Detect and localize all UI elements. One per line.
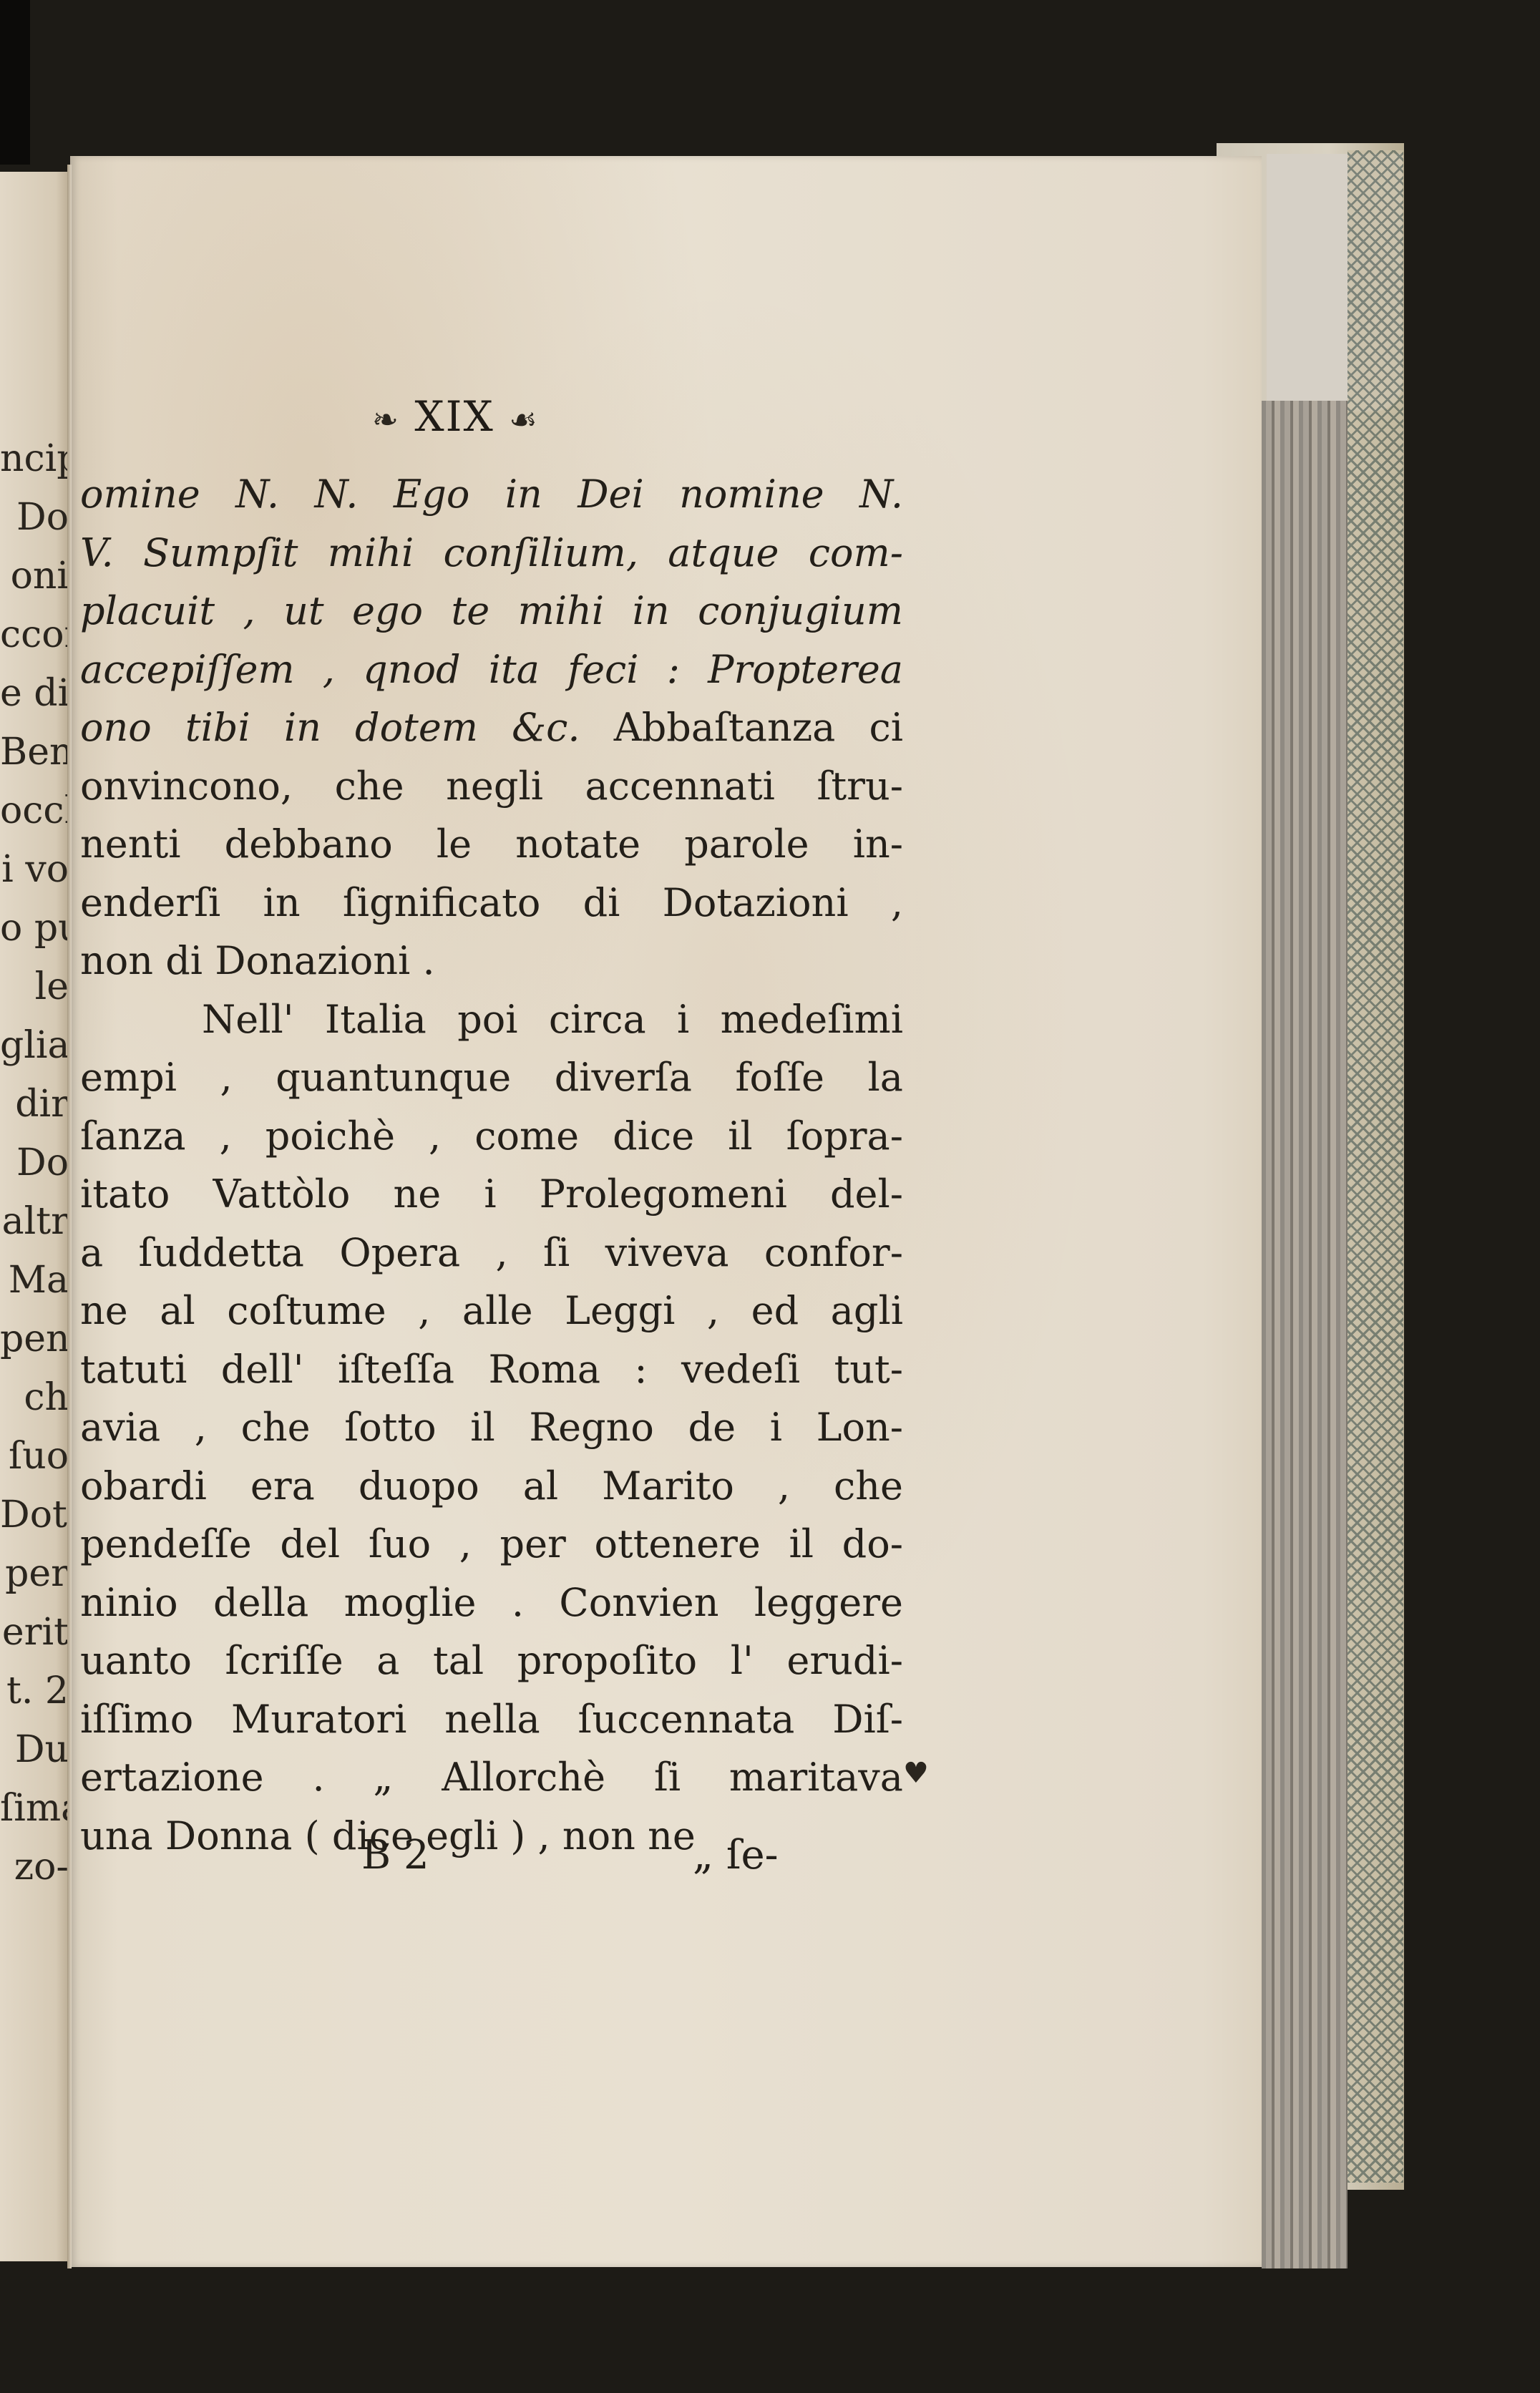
fragment: altr: [0, 1192, 69, 1251]
fragment: ccor: [0, 605, 69, 664]
text-line-mixed: ono tibi in dotem &c. Abbaſtanza ci: [80, 698, 903, 757]
text-line: onvincono, che negli accennati ſtru-: [80, 757, 903, 816]
text-line: tatuti dell' iſteſſa Roma : vedeſi tut-: [80, 1340, 903, 1399]
text-line: a ſuddetta Opera , ſi viveva confor-: [80, 1224, 903, 1282]
text-line: una Donna ( dice egli ) , non ne: [80, 1807, 903, 1866]
fragment: ſima: [0, 1779, 69, 1838]
italian-roman-part: Abbaſtanza ci: [614, 705, 903, 750]
page-number-roman: XIX: [414, 392, 494, 441]
fragment: ch: [0, 1368, 69, 1427]
fragment: oni: [0, 547, 69, 605]
latin-italic-part: ono tibi in dotem &c.: [80, 705, 580, 750]
text-line: pendeſſe del ſuo , per ottenere il do-: [80, 1515, 903, 1574]
text-line: enderſi in ſignificato di Dotazioni ,: [80, 874, 903, 932]
fragment: ſuo: [0, 1427, 69, 1486]
fragment: occh: [0, 781, 69, 840]
signature-mark: B 2: [361, 1832, 429, 1878]
gutter-fold: [67, 165, 72, 2268]
text-line: accepiſſem , qnod ita feci : Propterea: [80, 640, 903, 699]
marbled-cover-edge: [1347, 150, 1403, 2183]
running-head: ❧ XIX ☙: [372, 392, 539, 441]
text-line: ne al coſtume , alle Leggi , ed agli: [80, 1282, 903, 1340]
fragment: t. 2: [0, 1662, 69, 1720]
text-line: nenti debbano le notate parole in-: [80, 815, 903, 874]
fragment: zo-: [0, 1838, 69, 1896]
fleuron-right-icon: ☙: [509, 401, 538, 438]
facing-page-text-fragments: ncip Do oni ccor e di Ben occh i vo o pu…: [0, 429, 69, 1896]
marginal-mark-icon: ♥: [903, 1757, 929, 1790]
text-line: V. Sumpſit mihi conſilium, atque com-: [80, 524, 903, 583]
text-line: ertazione . „ Allorchè ſi maritava: [80, 1748, 903, 1807]
paragraph-start-line: Nell' Italia poi circa i medeſimi: [80, 990, 903, 1049]
fragment: glia: [0, 1016, 69, 1075]
fragment: ncip: [0, 429, 69, 488]
fragment: Do: [0, 488, 69, 547]
fragment: Ben: [0, 723, 69, 781]
text-line: ſanza , poichè , come dice il ſopra-: [80, 1107, 903, 1166]
fragment: e di: [0, 664, 69, 723]
fragment: o pu: [0, 899, 69, 957]
text-line: iſſimo Muratori nella ſuccennata Diſ-: [80, 1690, 903, 1749]
fragment: i vo: [0, 840, 69, 899]
fragment: Ma: [0, 1251, 69, 1310]
fragment: dir: [0, 1075, 69, 1134]
text-line: obardi era duopo al Marito , che: [80, 1457, 903, 1516]
text-line: ninio della moglie . Convien leggere: [80, 1574, 903, 1632]
text-line: empi , quantunque diverſa foſſe la: [80, 1048, 903, 1107]
text-line: non di Donazioni .: [80, 932, 903, 990]
text-line: avia , che ſotto il Regno de i Lon-: [80, 1398, 903, 1457]
catchword: „ ſe-: [693, 1832, 779, 1878]
scanner-background-corner: [0, 0, 30, 165]
text-line: placuit , ut ego te mihi in conjugium: [80, 582, 903, 640]
text-line: itato Vattòlo ne i Prolegomeni del-: [80, 1165, 903, 1224]
fragment: per: [0, 1544, 69, 1603]
book-block-edge: [1262, 401, 1347, 2268]
text-line: omine N. N. Ego in Dei nomine N.: [80, 465, 903, 524]
text-line: uanto ſcriſſe a tal propoſito l' erudi-: [80, 1632, 903, 1690]
body-text: omine N. N. Ego in Dei nomine N. V. Sump…: [80, 465, 903, 1865]
fragment: Do: [0, 1134, 69, 1192]
fragment: le: [0, 957, 69, 1016]
fragment: Du: [0, 1720, 69, 1779]
fleuron-left-icon: ❧: [372, 401, 400, 438]
fragment: pen: [0, 1310, 69, 1368]
fragment: erit: [0, 1603, 69, 1662]
fragment: Dote: [0, 1486, 69, 1544]
